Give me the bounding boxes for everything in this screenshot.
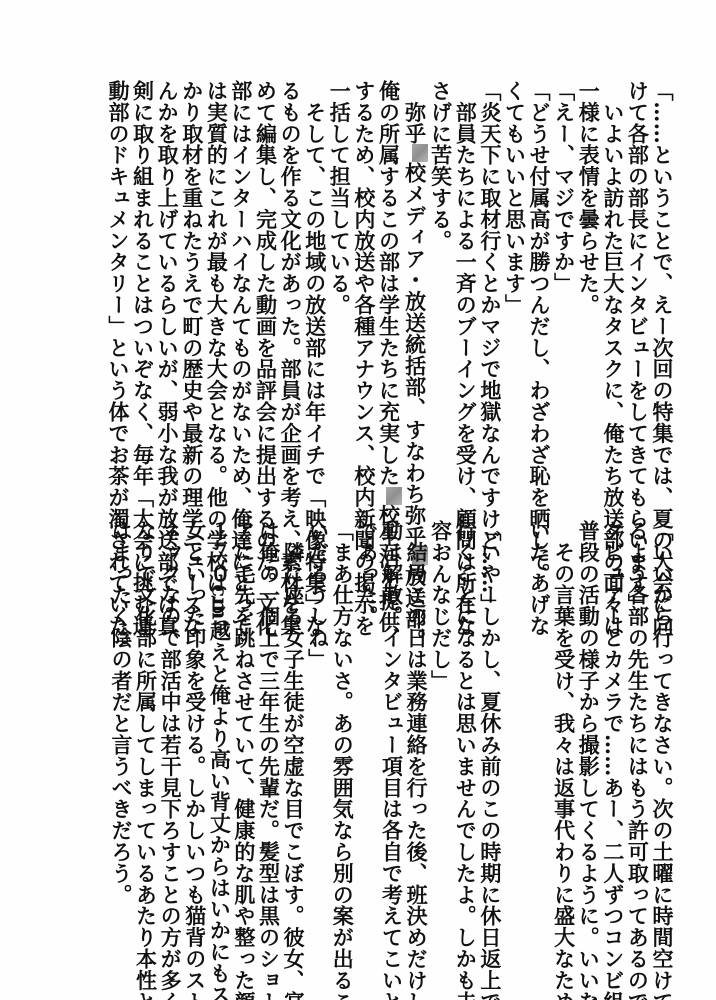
text-column: 弥乎校メディア・放送統括部、すなわち弥乎放送部。 bbox=[402, 80, 428, 505]
text-column: 「えー、マジですか」 bbox=[551, 80, 576, 505]
text-column: 「……ということで、えー次回の特集では、夏の大会に向 bbox=[649, 80, 674, 505]
text-column: なりで文化部に所属してしまっているあたり本性として bbox=[133, 520, 158, 945]
text-column: ネックなので部活中は若干見下ろすことの方が多く、こん bbox=[158, 520, 183, 945]
text-column: るものを作る文化があった。部員が企画を考え、素材を集 bbox=[278, 80, 303, 505]
text-column: くてもいいと思います」 bbox=[502, 80, 527, 505]
text-column: 俺の所属するこの部は学生たちに充実した校生活を提供 bbox=[376, 80, 402, 505]
text-band-top: 「……ということで、えー次回の特集では、夏の大会に向けて各部の部長にインタビュー… bbox=[105, 80, 674, 505]
text-column: 「まあ仕方ないさ。あの雰囲気なら別の案が出ることもな bbox=[330, 520, 355, 945]
text-column: 容おんなじだし」 bbox=[428, 520, 453, 945]
redaction-block bbox=[412, 144, 428, 162]
text-column: するため、校内放送や各種アナウンス、校内新聞の掲示を bbox=[351, 80, 376, 505]
text-band-bottom: 「いいから行ってきなさい。次の土曜に時間空けてもらえるよう各部の先生たちにはもう… bbox=[108, 520, 674, 945]
text-column: かり取材を重ねたうえで町の歴史や最新の理学ニュースな bbox=[179, 80, 204, 505]
text-column: んかを取り上げているらしいが、弱小な我が放送部では真 bbox=[155, 80, 180, 505]
text-column: 「炎天下に取材行くとかマジで地獄なんですけど……」 bbox=[477, 80, 502, 505]
text-column: 剣に取り組まれることはついぞなく、毎年「大会に挑む運 bbox=[130, 80, 155, 505]
text-column: 動は解散。インタビュー項目は各自で考えてこいとのこと bbox=[379, 520, 404, 945]
text-column: 一様に表情を曇らせた。 bbox=[576, 80, 601, 505]
text-column: 行くことになるとは思いませんでしたよ。しかも去年と内 bbox=[453, 520, 478, 945]
text-column: 「いやーしかし、夏休み前のこの時期に休日返上で取材へ bbox=[477, 520, 502, 945]
text-column: タビュアーとカメラで……あー、二人ずつコンビ組んで、 bbox=[600, 520, 625, 945]
text-column: は実質的にこれが最も大きな大会となる。他の学校はしっ bbox=[204, 80, 229, 505]
text-column: 動部のドキュメンタリー」という体でお茶が濁されていた。 bbox=[105, 80, 130, 505]
text-column: 部員たちによる一斉のブーイングを受け、顧問は所在な bbox=[453, 80, 478, 505]
text-column: めて編集し、完成した動画を品評会に提出するのだ。文化 bbox=[253, 80, 278, 505]
novel-page: 「……ということで、えー次回の特集では、夏の大会に向けて各部の部長にインタビュー… bbox=[0, 0, 716, 1000]
text-column: いよいよ訪れた巨大なタスクに、俺たち放送部の面々は bbox=[600, 80, 625, 505]
text-column: であった。 bbox=[354, 520, 379, 945]
text-column: は俺の一個上で三年生の先輩だ。髪型は黒のショートヘ bbox=[256, 520, 281, 945]
text-column: さげに苦笑する。 bbox=[428, 80, 453, 505]
redaction-block bbox=[386, 487, 402, 505]
text-column: 普段の活動の様子から撮影してくるように。いいな」 bbox=[576, 520, 601, 945]
text-column: 女といった印象を受ける。しかしいつも猫背のストレート bbox=[182, 520, 207, 945]
text-column: 部にはインターハイなんてものがないため、俺達にとって bbox=[228, 80, 253, 505]
text-column: そして、この地域の放送部には年イチで「映像特集」な bbox=[302, 80, 327, 505]
text-column: るよう各部の先生たちにはもう許可取ってあるので、イン bbox=[625, 520, 650, 945]
text-column: 一括して担当している。 bbox=[327, 80, 352, 505]
text-column: 結局この日は業務連絡を行った後、班決めだけして部活 bbox=[403, 520, 428, 945]
text-column: いだろうしね」 bbox=[305, 520, 330, 945]
text-column: その言葉を受け、我々は返事代わりに盛大なため息をつ bbox=[551, 520, 576, 945]
text-column: アに毛先を跳ねさせていて、健康的な肌や整った顔立ち、 bbox=[231, 520, 256, 945]
text-column: 「いいから行ってきなさい。次の土曜に時間空けてもらえ bbox=[649, 520, 674, 945]
text-column: 隣に座る女子生徒が空虚な目でこぼす。彼女、宮森弓実 bbox=[281, 520, 306, 945]
text-column: けて各部の部長にインタビューをしてきてもらいます」 bbox=[625, 80, 650, 505]
text-column: はまったく陰の者だと言うべきだろう。 bbox=[108, 520, 133, 945]
text-column: いた。 bbox=[526, 520, 551, 945]
text-column: １７０cm越えと俺より高い背丈からはいかにもスポーツ少 bbox=[207, 520, 232, 945]
text-column bbox=[502, 520, 527, 945]
text-column: 「どうせ付属高が勝つんだし、わざわざ恥を晒してあげな bbox=[526, 80, 551, 505]
